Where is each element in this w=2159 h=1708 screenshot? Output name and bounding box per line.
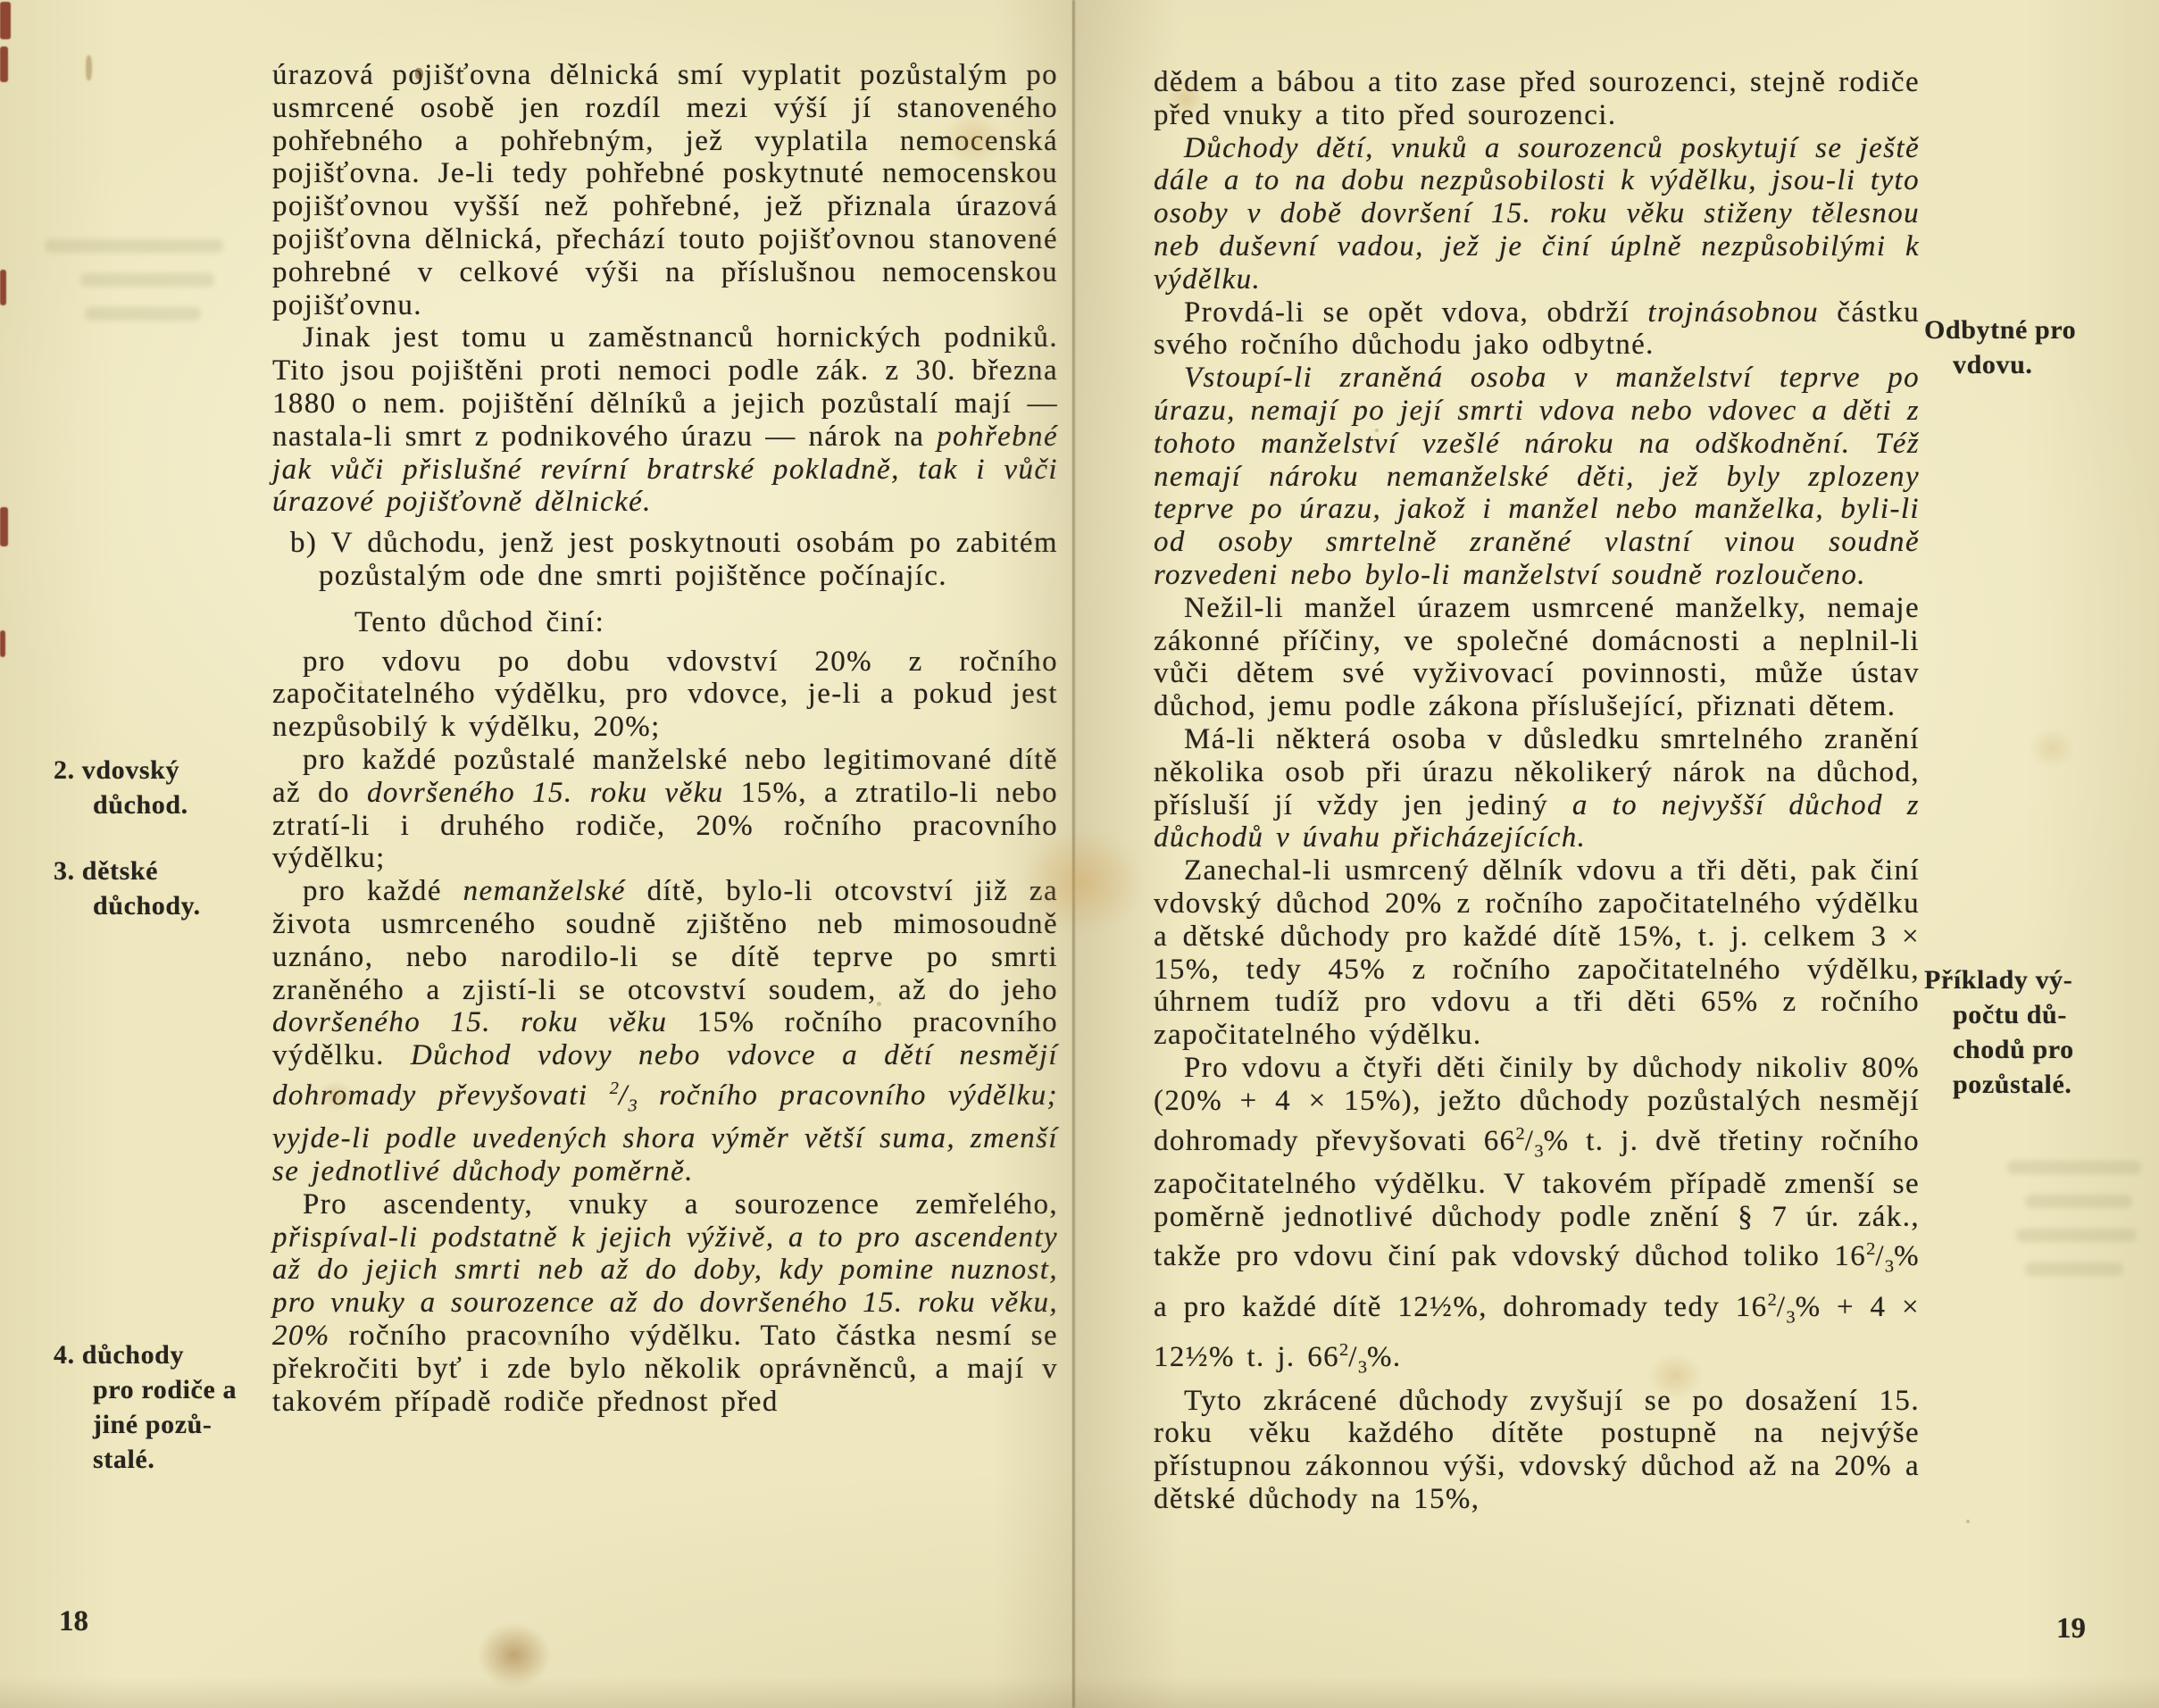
text-segment: Nežil-li manžel úrazem usmrcené manželky… bbox=[1154, 592, 1920, 722]
right-margin-notes: Odbytné provdovu.Příklady vý-počtu dů-ch… bbox=[1924, 0, 2155, 1708]
paragraph: Má-li některá osoba v důsledku smrtelnéh… bbox=[1154, 723, 1920, 854]
right-text-column: dědem a bábou a tito zase před sourozenc… bbox=[1154, 66, 1920, 1516]
book-scan: 2. vdovskýdůchod.3. dětskédůchody.4. důc… bbox=[0, 0, 2159, 1708]
paper-speck bbox=[1966, 1520, 1970, 1523]
text-segment: Tento důchod činí: bbox=[354, 606, 604, 638]
paragraph: Provdá-li se opět vdova, obdrží trojnáso… bbox=[1154, 296, 1920, 362]
red-edge-mark bbox=[0, 630, 5, 657]
paragraph: Nežil-li manžel úrazem usmrcené manželky… bbox=[1154, 592, 1920, 723]
ink-speck bbox=[86, 55, 92, 80]
paragraph: Pro ascendenty, vnuky a sourozence zemře… bbox=[272, 1188, 1058, 1419]
text-segment: Zanechal-li usmrcený dělník vdovu a tři … bbox=[1154, 854, 1920, 1051]
paper-speck bbox=[877, 1002, 881, 1006]
red-edge-mark bbox=[0, 2, 11, 39]
text-segment: Důchody dětí, vnuků a sourozenců poskytu… bbox=[1154, 132, 1920, 296]
paper-stain bbox=[478, 1623, 551, 1687]
page-number: 19 bbox=[2056, 1612, 2086, 1646]
text-segment: b) V důchodu, jenž jest poskytnouti osob… bbox=[290, 527, 1058, 592]
text-segment: Pro ascendenty, vnuky a sourozence zemře… bbox=[303, 1188, 1058, 1221]
paragraph: Vstoupí-li zraněná osoba v manželství te… bbox=[1154, 362, 1920, 592]
paper-speck bbox=[1832, 216, 1836, 220]
paper-speck bbox=[359, 680, 363, 684]
text-segment: pro každé bbox=[303, 875, 463, 907]
text-segment: Provdá-li se opět vdova, obdrží bbox=[1184, 296, 1647, 329]
text-segment: trojnásobnou bbox=[1647, 296, 1819, 329]
text-segment: Tyto zkrácené důchody zvyšují se po dosa… bbox=[1154, 1385, 1920, 1515]
paragraph: Tento důchod činí: bbox=[272, 606, 1058, 639]
red-edge-mark bbox=[0, 507, 8, 546]
text-segment: %. bbox=[1367, 1341, 1402, 1373]
paper-stain bbox=[317, 1080, 354, 1112]
margin-note: Příklady vý-počtu dů-chodů propozůstalé. bbox=[1924, 962, 2074, 1102]
paragraph: dědem a bábou a tito zase před sourozenc… bbox=[1154, 66, 1920, 132]
text-segment: nemanželské bbox=[463, 875, 626, 907]
paragraph: Zanechal-li usmrcený dělník vdovu a tři … bbox=[1154, 854, 1920, 1052]
paper-stain bbox=[2029, 728, 2075, 769]
margin-note: 4. důchodypro rodiče ajiné pozů-stalé. bbox=[54, 1337, 237, 1477]
paper-speck bbox=[732, 268, 737, 272]
text-segment: dědem a bábou a tito zase před sourozenc… bbox=[1154, 66, 1920, 131]
paragraph: Jinak jest tomu u zaměstnanců hornických… bbox=[272, 321, 1058, 519]
show-through-text bbox=[45, 239, 234, 341]
paragraph: úrazová pojišťovna dělnická smí vyplatit… bbox=[272, 59, 1058, 321]
paragraph: b) V důchodu, jenž jest poskytnouti osob… bbox=[272, 527, 1058, 593]
paragraph: Důchody dětí, vnuků a sourozenců poskytu… bbox=[1154, 132, 1920, 296]
text-segment: 2/3 bbox=[1866, 1240, 1894, 1272]
ink-speck bbox=[415, 68, 423, 79]
margin-note: Odbytné provdovu. bbox=[1924, 312, 2076, 382]
paper-stain bbox=[1647, 1353, 1703, 1399]
paper-speck bbox=[1375, 429, 1379, 432]
text-segment: Vstoupí-li zraněná osoba v manželství te… bbox=[1154, 362, 1920, 591]
text-segment: pro vdovu po dobu vdovství 20% z ročního… bbox=[272, 646, 1058, 744]
text-segment: dovršeného 15. roku věku bbox=[367, 777, 724, 809]
paper-stain bbox=[1020, 830, 1145, 933]
red-edge-mark bbox=[0, 46, 8, 82]
paragraph: pro každé nemanželské dítě, bylo-li otco… bbox=[272, 875, 1058, 1188]
red-edge-mark bbox=[0, 270, 6, 305]
margin-note: 2. vdovskýdůchod. bbox=[54, 753, 188, 822]
page-number: 18 bbox=[59, 1605, 88, 1638]
left-text-column: úrazová pojišťovna dělnická smí vyplatit… bbox=[272, 59, 1058, 1418]
paragraph: Tyto zkrácené důchody zvyšují se po dosa… bbox=[1154, 1385, 1920, 1516]
text-segment: ročního pracovního výdělku. Tato částka … bbox=[272, 1320, 1058, 1418]
paper-stain bbox=[1165, 80, 1206, 118]
text-segment: úrazová pojišťovna dělnická smí vyplatit… bbox=[272, 59, 1058, 321]
paragraph: pro vdovu po dobu vdovství 20% z ročního… bbox=[272, 646, 1058, 744]
text-segment: 2/3 bbox=[1516, 1125, 1544, 1157]
paper-speck bbox=[1520, 877, 1523, 880]
paper-speck bbox=[538, 1341, 542, 1346]
text-segment: 2/3 bbox=[610, 1079, 638, 1112]
paragraph: Pro vdovu a čtyři děti činily by důchody… bbox=[1154, 1052, 1920, 1385]
bottom-edge-shadow bbox=[0, 1677, 2159, 1708]
text-segment: 2/3 bbox=[1339, 1341, 1367, 1373]
margin-note: 3. dětskédůchody. bbox=[54, 854, 201, 923]
show-through-text bbox=[2007, 1161, 2150, 1296]
text-segment: dovršeného 15. roku věku bbox=[272, 1006, 667, 1038]
paper-stain bbox=[942, 112, 1006, 167]
text-segment: 2/3 bbox=[1768, 1291, 1796, 1323]
paragraph: pro každé pozůstalé manželské nebo legit… bbox=[272, 744, 1058, 875]
